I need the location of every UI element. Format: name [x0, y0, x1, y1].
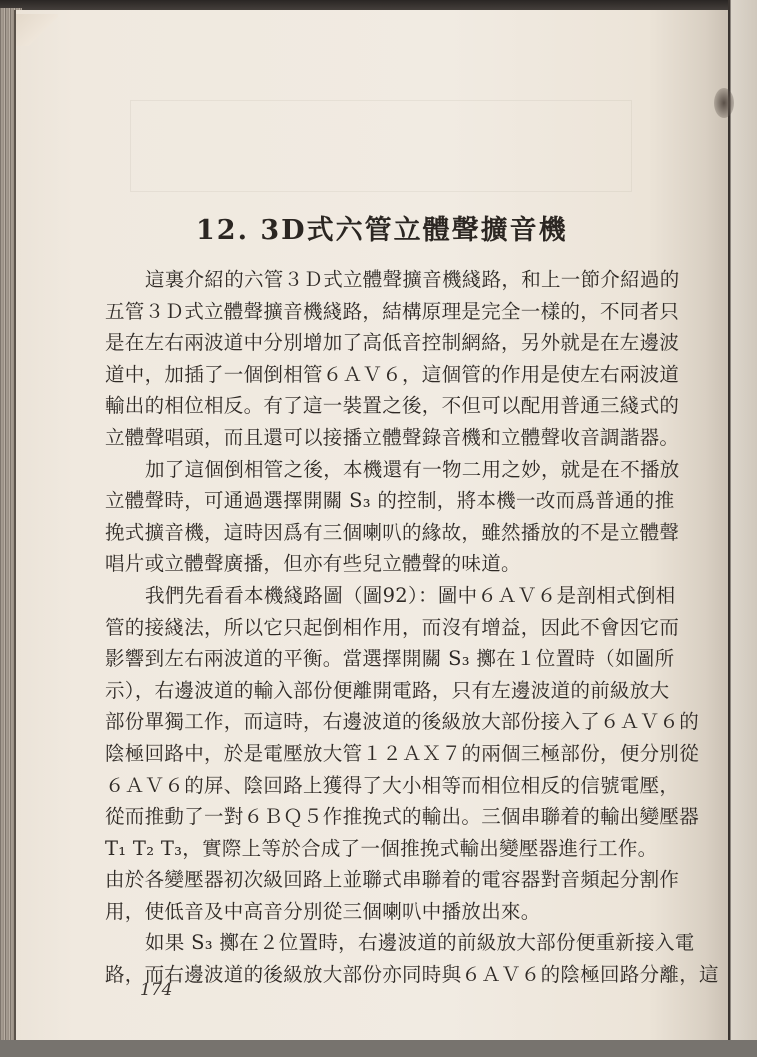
text-line: 示），右邊波道的輸入部份便離開電路，只有左邊波道的前級放大 — [105, 675, 665, 707]
text-line: 部份單獨工作，而這時，右邊波道的後級放大部份接入了６ＡＶ６的 — [105, 706, 665, 738]
text-line: 立體聲唱頭，而且還可以接播立體聲錄音機和立體聲收音調諧器。 — [105, 422, 665, 454]
text-line: 挽式擴音機，這時因爲有三個喇叭的緣故，雖然播放的不是立體聲 — [105, 517, 665, 549]
text-line: 唱片或立體聲廣播，但亦有些兒立體聲的味道。 — [105, 548, 665, 580]
body-text: 這裏介紹的六管３Ｄ式立體聲擴音機綫路，和上一節介紹過的 五管３Ｄ式立體聲擴音機綫… — [105, 264, 665, 991]
text-line: 如果 S₃ 擲在２位置時，右邊波道的前級放大部份便重新接入電 — [105, 927, 665, 959]
text-line: 用，使低音及中高音分別從三個喇叭中播放出來。 — [105, 896, 665, 928]
text-line: 陰極回路中，於是電壓放大管１２ＡＸ７的兩個三極部份，便分別從 — [105, 738, 665, 770]
stain-mark — [714, 88, 734, 118]
text-line: 我們先看看本機綫路圖（圖92）：圖中６ＡＶ６是剖相式倒相 — [105, 580, 665, 612]
text-line: 管的接綫法，所以它只起倒相作用，而沒有增益，因此不會因它而 — [105, 612, 665, 644]
text-line: 從而推動了一對６ＢＱ５作推挽式的輸出。三個串聯着的輸出變壓器 — [105, 801, 665, 833]
scan-bottom-edge — [0, 1040, 757, 1057]
text-line: 加了這個倒相管之後，本機還有一物二用之妙，就是在不播放 — [105, 454, 665, 486]
text-line: 立體聲時，可通過選擇開關 S₃ 的控制，將本機一改而爲普通的推 — [105, 485, 665, 517]
text-line: 路，而右邊波道的後級放大部份亦同時與６ＡＶ６的陰極回路分離，這 — [105, 959, 665, 991]
text-line: T₁ T₂ T₃，實際上等於合成了一個推挽式輸出變壓器進行工作。 — [105, 833, 665, 865]
text-line: 是在左右兩波道中分別增加了高低音控制網絡，另外就是在左邊波 — [105, 327, 665, 359]
show-through-diagram — [130, 100, 632, 192]
text-line: 這裏介紹的六管３Ｄ式立體聲擴音機綫路，和上一節介紹過的 — [105, 264, 665, 296]
text-line: 影響到左右兩波道的平衡。當選擇開關 S₃ 擲在１位置時（如圖所 — [105, 643, 665, 675]
text-line: 由於各變壓器初次級回路上並聯式串聯着的電容器對音頻起分割作 — [105, 864, 665, 896]
folded-corner — [16, 14, 58, 46]
text-line: 五管３Ｄ式立體聲擴音機綫路，結構原理是完全一樣的，不同者只 — [105, 296, 665, 328]
text-line: 輸出的相位相反。有了這一裝置之後，不但可以配用普通三綫式的 — [105, 390, 665, 422]
text-line: ６ＡＶ６的屏、陰回路上獲得了大小相等而相位相反的信號電壓， — [105, 770, 665, 802]
page-number: 174 — [140, 980, 172, 1000]
book-spine-edge — [728, 0, 757, 1057]
text-line: 道中，加插了一個倒相管６ＡＶ６，這個管的作用是使左右兩波道 — [105, 359, 665, 391]
section-title: 12. 3D式六管立體聲擴音機 — [196, 208, 576, 247]
